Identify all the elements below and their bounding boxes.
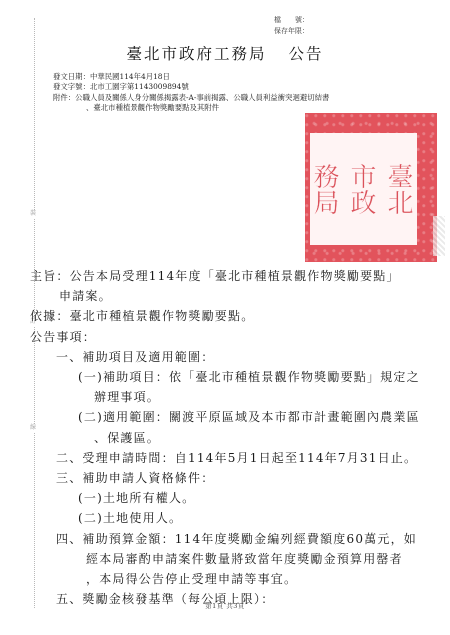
item-4-line-2: 經本局審酌申請案件數量將致當年度獎勵金預算用罄者: [30, 549, 420, 569]
agency-name: 臺北市政府工務局: [126, 45, 266, 63]
doc-number: 發文字號：北市工園字第1143009894號: [53, 82, 329, 92]
item-4-line-1: 四、補助預算金額：114年度獎勵金編列經費額度60萬元，如: [30, 529, 420, 549]
page-footer: 第1頁 共3頁: [0, 601, 450, 610]
item-1-2-line-2: 、保護區。: [30, 428, 420, 448]
file-meta: 檔 號： 保存年限：: [274, 15, 309, 37]
item-2: 二、受理申請時間：自114年5月1日起至114年7月31日止。: [30, 448, 420, 468]
item-4-line-3: ，本局得公告停止受理申請等事宜。: [30, 569, 420, 589]
page-title: 臺北市政府工務局公告: [0, 42, 450, 64]
file-number-row: 檔 號：: [274, 15, 309, 26]
doc-info: 發文日期：中華民國114年4月18日 發文字號：北市工園字第1143009894…: [53, 72, 329, 113]
seal-col-2: 市政: [343, 133, 380, 245]
announcement-body: 主旨：公告本局受理114年度「臺北市種植景觀作物獎勵要點」 申請案。 依據：臺北…: [30, 266, 420, 609]
attachments-line-2: 、臺北市種植景觀作物獎勵要點及其附件: [53, 103, 329, 113]
official-seal-stamp: 臺北 市政 務局: [305, 113, 437, 262]
basis: 依據：臺北市種植景觀作物獎勵要點。: [30, 306, 420, 326]
notice-heading: 公告事項：: [30, 327, 420, 347]
item-1-1-line-2: 辦理事項。: [30, 387, 420, 407]
seal-inner: 臺北 市政 務局: [310, 133, 417, 245]
binding-label-zhuang: 裝: [30, 210, 36, 218]
file-number-label: 檔 號：: [274, 15, 309, 26]
subject-line-1: 主旨：公告本局受理114年度「臺北市種植景觀作物獎勵要點」: [30, 266, 420, 286]
item-3-2: (二)土地使用人。: [30, 508, 420, 528]
retention-label: 保存年限：: [274, 26, 309, 37]
attachments-line-1: 附件：公職人員及關係人身分關係揭露表-A-事前揭露、公職人員利益衝突迴避切結書: [53, 93, 329, 103]
item-3-1: (一)土地所有權人。: [30, 488, 420, 508]
seal-edge-pattern: [433, 216, 445, 256]
doc-type: 公告: [289, 45, 324, 63]
seal-col-3: 務局: [306, 133, 343, 245]
subject-line-2: 申請案。: [30, 286, 420, 306]
issue-date: 發文日期：中華民國114年4月18日: [53, 72, 329, 82]
retention-row: 保存年限：: [274, 26, 309, 37]
item-1: 一、補助項目及適用範圍：: [30, 347, 420, 367]
seal-col-1: 臺北: [380, 133, 417, 245]
item-1-1-line-1: (一)補助項目：依「臺北市種植景觀作物獎勵要點」規定之: [30, 367, 420, 387]
item-3: 三、補助申請人資格條件：: [30, 468, 420, 488]
item-1-2-line-1: (二)適用範圍：關渡平原區域及本市都市計畫範圍內農業區: [30, 407, 420, 427]
